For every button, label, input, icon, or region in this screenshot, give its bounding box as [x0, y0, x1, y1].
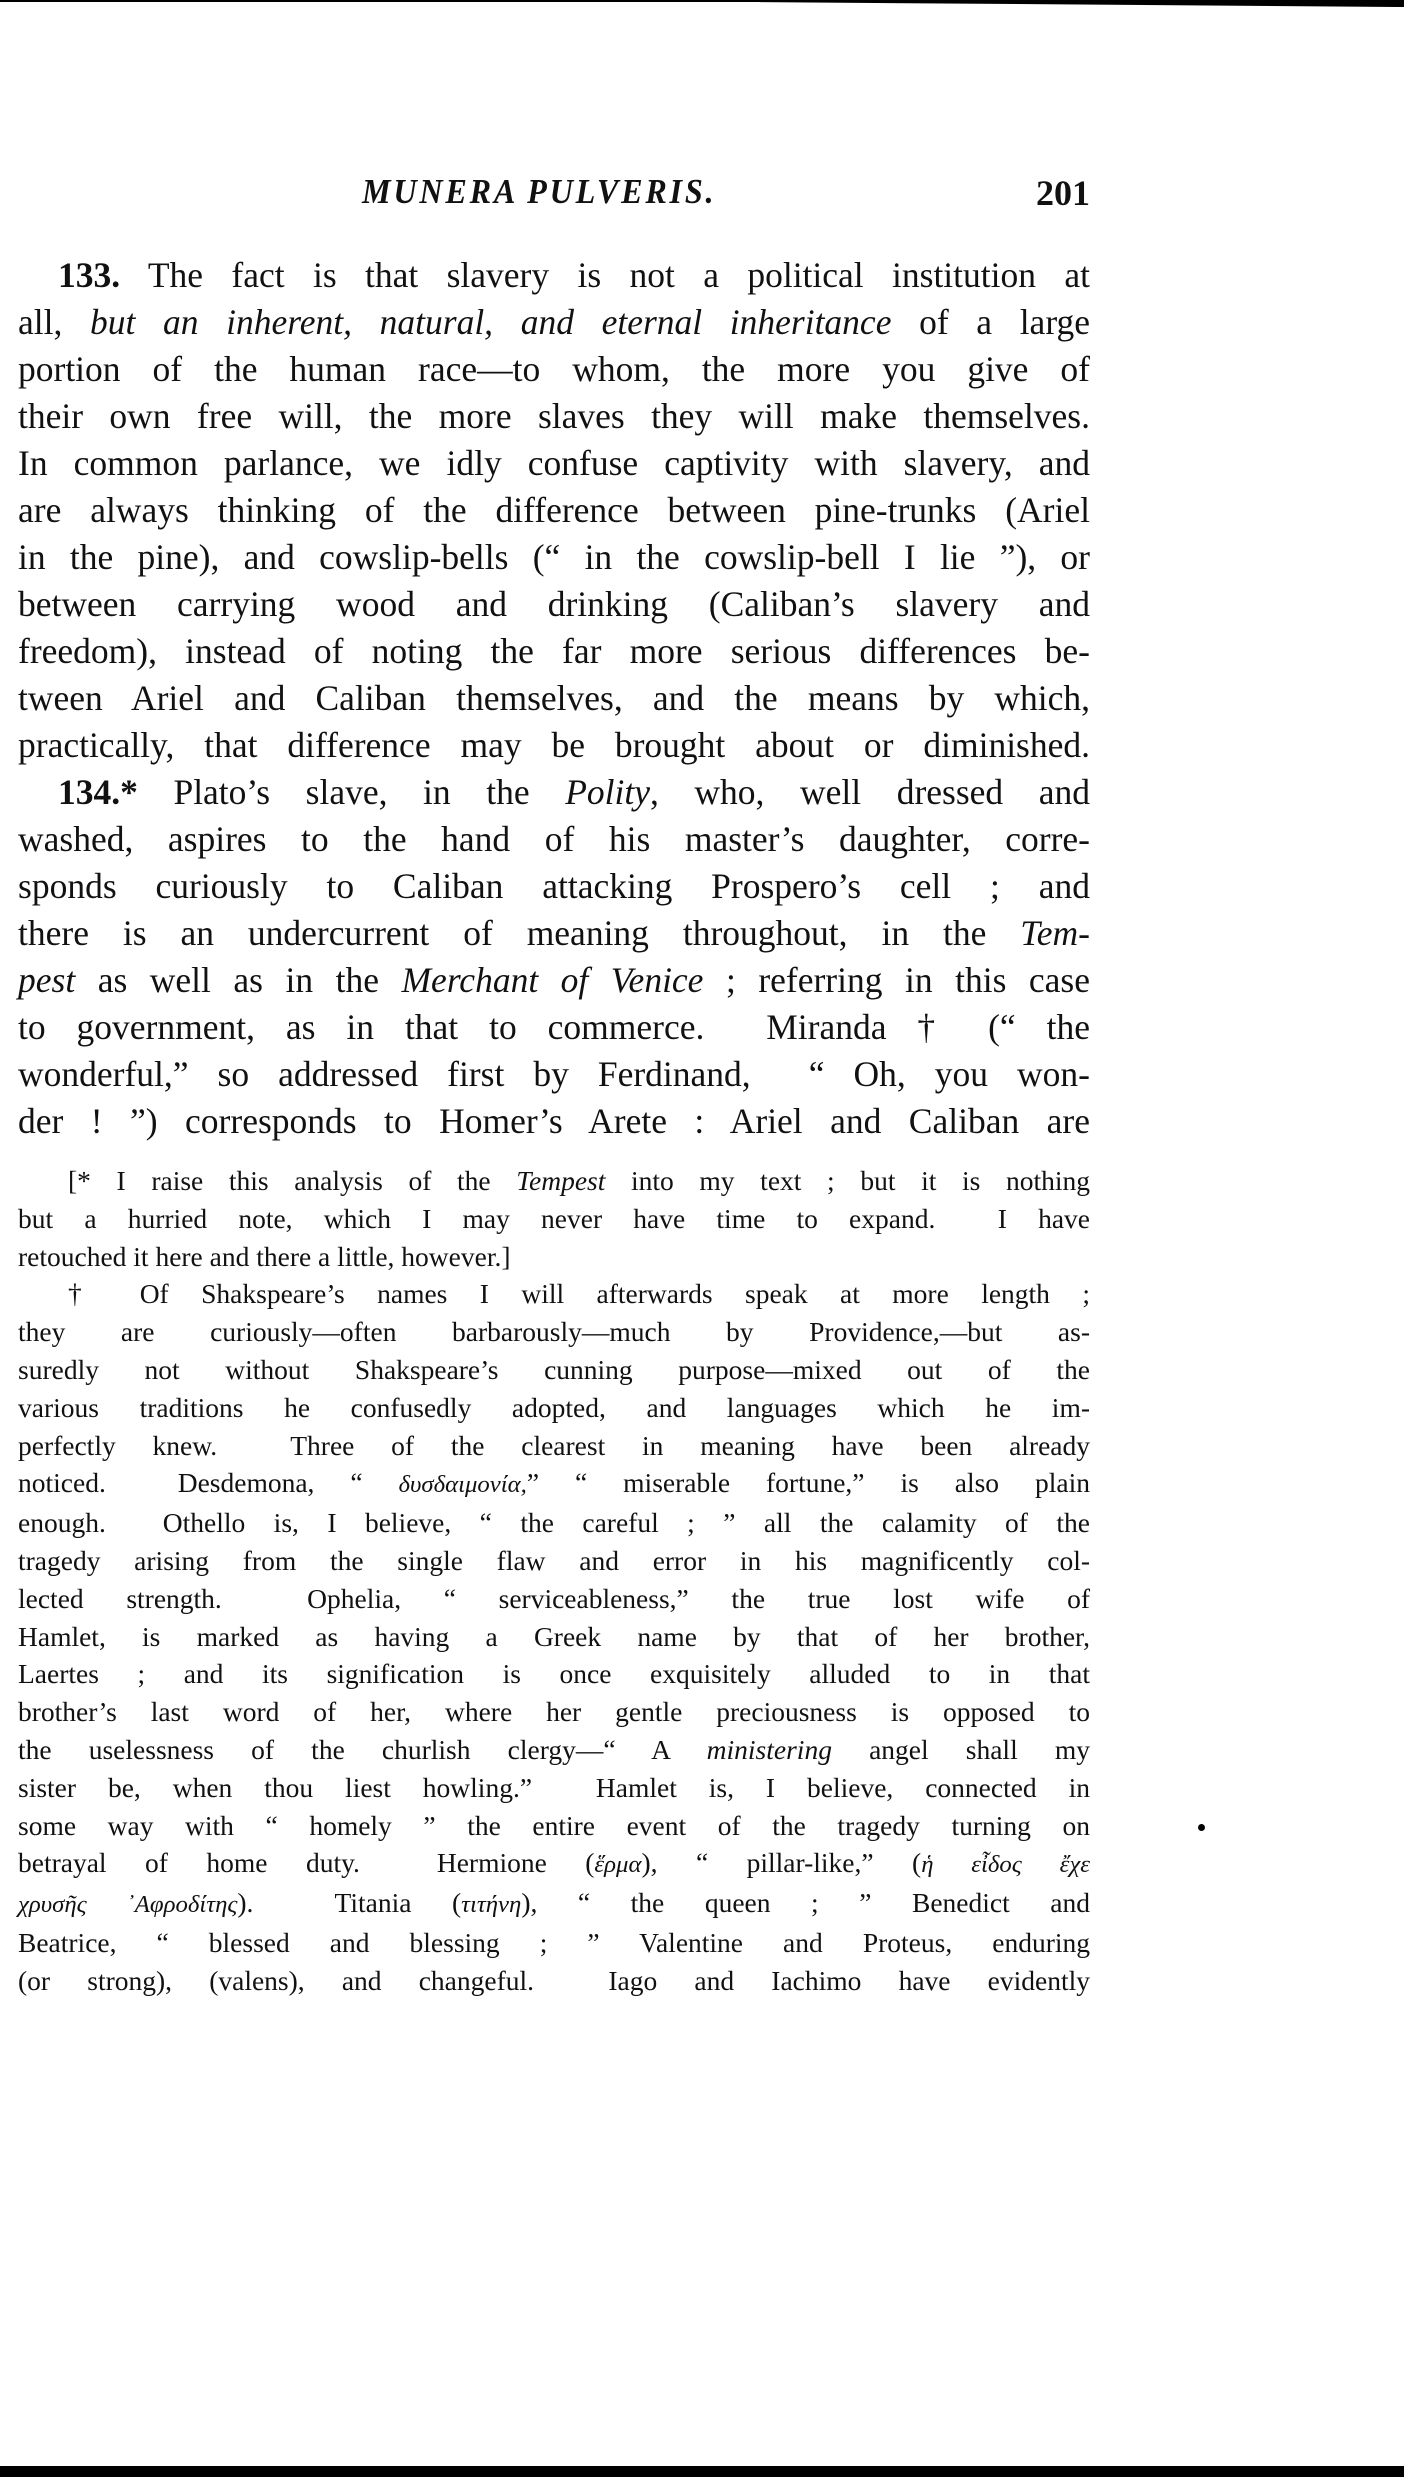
- text-line: all, but an inherent, natural, and etern…: [18, 299, 1090, 346]
- text-line: wonderful,” so addressed first by Ferdin…: [18, 1051, 1090, 1098]
- text-line: pest as well as in the Merchant of Venic…: [18, 957, 1090, 1004]
- greek-phrase: ἡ εἶδος ἔχε: [921, 1851, 1090, 1878]
- text-line: sponds curiously to Caliban attacking Pr…: [18, 863, 1090, 910]
- footnote-line: some way with “ homely ” the entire even…: [18, 1807, 1090, 1845]
- footnote-line: retouched it here and there a little, ho…: [18, 1238, 1090, 1276]
- paragraph-number: 134.*: [58, 772, 138, 812]
- footnote-line: Hamlet, is marked as having a Greek name…: [18, 1618, 1090, 1656]
- greek-phrase: χρυσῆς ᾿Αφροδίτης: [18, 1891, 237, 1918]
- footnote-dagger: † Of Shakspeare’s names I will afterward…: [18, 1275, 1090, 1999]
- footnote-line: perfectly knew. Three of the clearest in…: [18, 1427, 1090, 1465]
- text-line: washed, aspires to the hand of his maste…: [18, 816, 1090, 863]
- text-line: 133. The fact is that slavery is not a p…: [18, 252, 1090, 299]
- text-line: 134.* Plato’s slave, in the Polity, who,…: [18, 769, 1090, 816]
- footnote-star: [* I raise this analysis of the Tempest …: [18, 1162, 1090, 1275]
- scan-speck: [1198, 1824, 1205, 1831]
- footnote-line: the uselessness of the churlish clergy—“…: [18, 1731, 1090, 1769]
- title-polity: Polity: [565, 772, 650, 812]
- emphasis: but an inherent, natural, and eternal in…: [90, 302, 891, 342]
- footnote-line: tragedy arising from the single flaw and…: [18, 1542, 1090, 1580]
- text-line: there is an undercurrent of meaning thro…: [18, 910, 1090, 957]
- text-line: der ! ”) corresponds to Homer’s Arete : …: [18, 1098, 1090, 1145]
- footnote-line: † Of Shakspeare’s names I will afterward…: [18, 1275, 1090, 1313]
- footnote-line: lected strength. Ophelia, “ serviceablen…: [18, 1580, 1090, 1618]
- greek-word: ἕρμα: [594, 1851, 641, 1878]
- title-tempest: Tempest: [516, 1165, 605, 1196]
- text-line: portion of the human race—to whom, the m…: [18, 346, 1090, 393]
- body-text: 133. The fact is that slavery is not a p…: [18, 252, 1090, 1145]
- footnote-line: but a hurried note, which I may never ha…: [18, 1200, 1090, 1238]
- running-title: MUNERA PULVERIS.: [362, 172, 716, 212]
- running-head: MUNERA PULVERIS. 201: [18, 172, 1090, 220]
- footnotes: [* I raise this analysis of the Tempest …: [18, 1162, 1090, 2000]
- footnote-line: enough. Othello is, I believe, “ the car…: [18, 1504, 1090, 1542]
- footnote-line: (or strong), (valens), and changeful. Ia…: [18, 1962, 1090, 2000]
- footnote-line: noticed. Desdemona, “ δυσδαιμονία,” “ mi…: [18, 1464, 1090, 1504]
- title-merchant-of-venice: Merchant of Venice: [401, 960, 703, 1000]
- page-number: 201: [1036, 172, 1090, 214]
- title-tempest: pest: [18, 960, 75, 1000]
- greek-word: δυσδαιμονία,: [399, 1471, 527, 1498]
- text-line: to government, as in that to commerce. M…: [18, 1004, 1090, 1051]
- footnote-line: Beatrice, “ blessed and blessing ; ” Val…: [18, 1924, 1090, 1962]
- greek-word: τιτήνη: [461, 1891, 521, 1918]
- text-line: freedom), instead of noting the far more…: [18, 628, 1090, 675]
- text-line: In common parlance, we idly confuse capt…: [18, 440, 1090, 487]
- footnote-line: they are curiously—often barbarously—muc…: [18, 1313, 1090, 1351]
- text-line: between carrying wood and drinking (Cali…: [18, 581, 1090, 628]
- footnote-line: sister be, when thou liest howling.” Ham…: [18, 1769, 1090, 1807]
- footnote-line: betrayal of home duty. Hermione (ἕρμα), …: [18, 1844, 1090, 1884]
- paragraph-134: 134.* Plato’s slave, in the Polity, who,…: [18, 769, 1090, 1145]
- footnote-line: brother’s last word of her, where her ge…: [18, 1693, 1090, 1731]
- emphasis: ministering: [707, 1734, 832, 1765]
- scan-edge-bottom: [0, 2466, 1404, 2477]
- text-line: are always thinking of the difference be…: [18, 487, 1090, 534]
- title-tempest: Tem-: [1020, 913, 1090, 953]
- footnote-line: Laertes ; and its signification is once …: [18, 1655, 1090, 1693]
- text-line: in the pine), and cowslip-bells (“ in th…: [18, 534, 1090, 581]
- footnote-line: suredly not without Shakspeare’s cunning…: [18, 1351, 1090, 1389]
- footnote-line: various traditions he confusedly adopted…: [18, 1389, 1090, 1427]
- paragraph-number: 133.: [58, 255, 120, 295]
- paragraph-133: 133. The fact is that slavery is not a p…: [18, 252, 1090, 769]
- text-line: their own free will, the more slaves the…: [18, 393, 1090, 440]
- footnote-line: [* I raise this analysis of the Tempest …: [18, 1162, 1090, 1200]
- text-line: tween Ariel and Caliban themselves, and …: [18, 675, 1090, 722]
- footnote-line: χρυσῆς ᾿Αφροδίτης). Titania (τιτήνη), “ …: [18, 1884, 1090, 1924]
- text-line: practically, that difference may be brou…: [18, 722, 1090, 769]
